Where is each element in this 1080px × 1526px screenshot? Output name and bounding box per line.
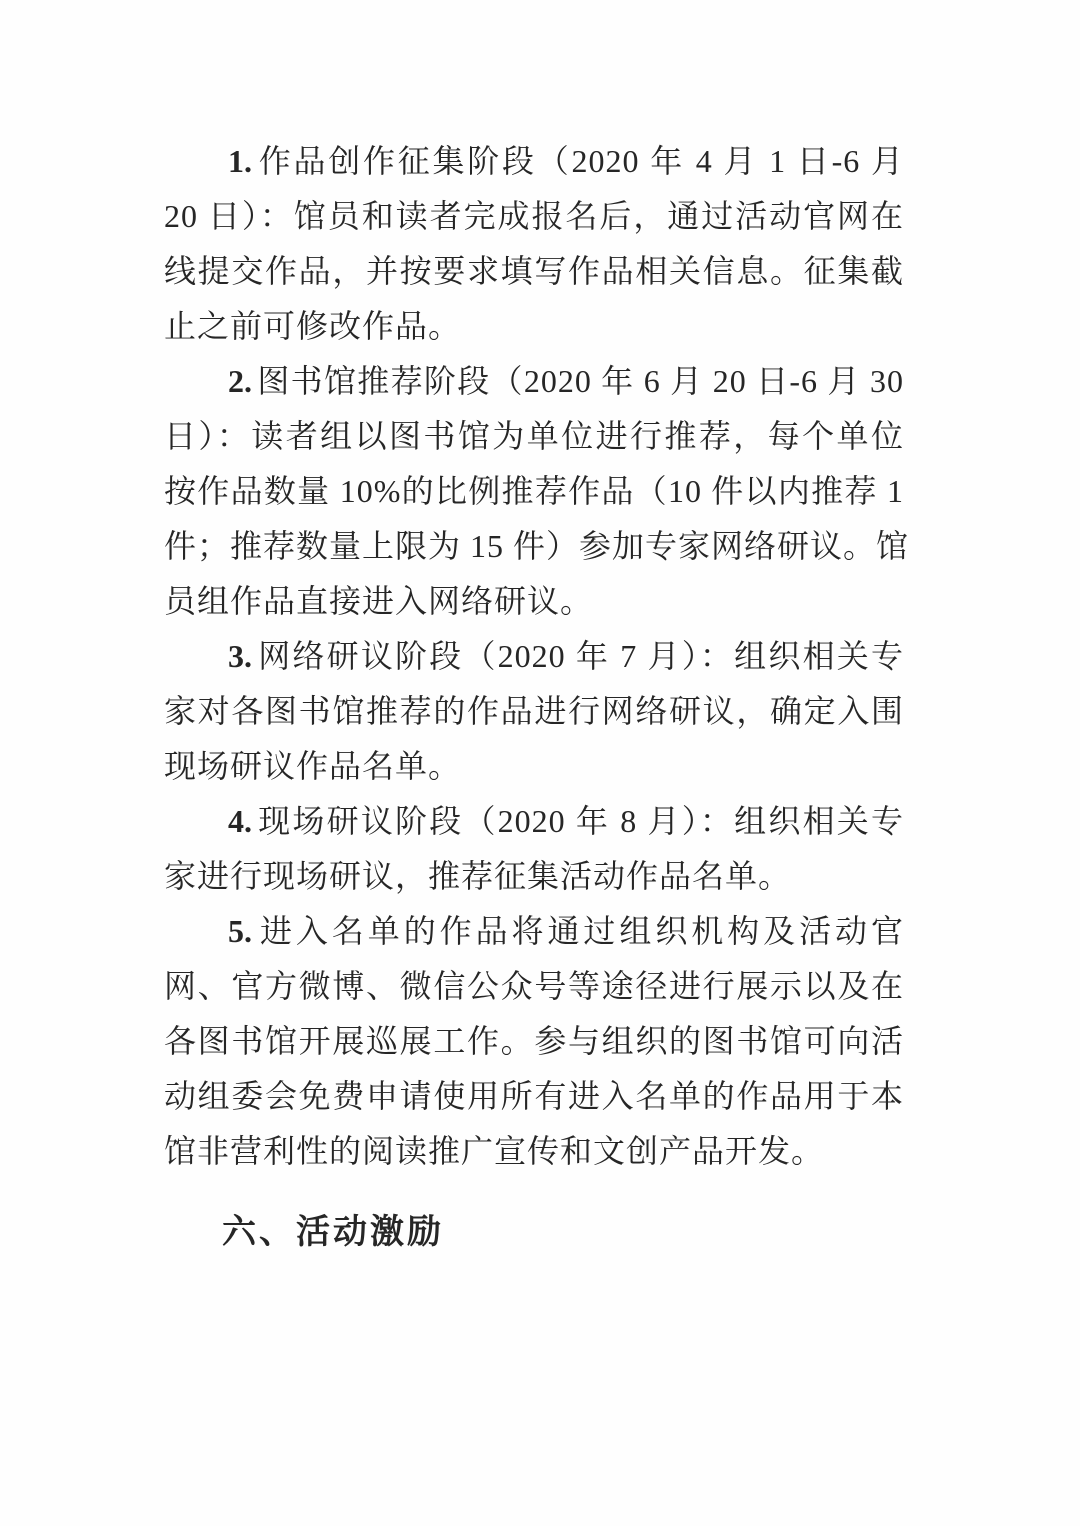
paragraph-number: 2. xyxy=(228,363,257,399)
text-line-content: 止之前可修改作品。 xyxy=(164,308,461,344)
text-line: 止之前可修改作品。 xyxy=(164,299,904,354)
paragraph-number: 5. xyxy=(228,913,257,949)
paragraph-1: 1.作品创作征集阶段（2020 年 4 月 1 日-6 月 20 日）：馆员和读… xyxy=(164,134,904,354)
text-line: 5.进入名单的作品将通过组织机构及活动官 xyxy=(164,904,904,959)
text-line-content: 家对各图书馆推荐的作品进行网络研议，确定入围 xyxy=(164,693,904,729)
text-line: 员组作品直接进入网络研议。 xyxy=(164,574,904,629)
paragraph-2: 2.图书馆推荐阶段（2020 年 6 月 20 日-6 月 30 日）：读者组以… xyxy=(164,354,904,629)
text-line: 件；推荐数量上限为 15 件）参加专家网络研议。馆 xyxy=(164,519,904,574)
text-line-content: 家进行现场研议，推荐征集活动作品名单。 xyxy=(164,858,791,894)
text-line-content: 按作品数量 10%的比例推荐作品（10 件以内推荐 1 xyxy=(164,473,904,509)
text-line-content: 员组作品直接进入网络研议。 xyxy=(164,583,593,619)
paragraph-number: 4. xyxy=(228,803,257,839)
text-line-content: 各图书馆开展巡展工作。参与组织的图书馆可向活 xyxy=(164,1023,904,1059)
text-line-content: 图书馆推荐阶段（2020 年 6 月 20 日-6 月 30 xyxy=(257,363,904,399)
text-line: 2.图书馆推荐阶段（2020 年 6 月 20 日-6 月 30 xyxy=(164,354,904,409)
document-page: 1.作品创作征集阶段（2020 年 4 月 1 日-6 月 20 日）：馆员和读… xyxy=(0,0,1080,1526)
text-line-content: 线提交作品，并按要求填写作品相关信息。征集截 xyxy=(164,253,904,289)
text-line: 3.网络研议阶段（2020 年 7 月）：组织相关专 xyxy=(164,629,904,684)
text-line-content: 现场研议作品名单。 xyxy=(164,748,461,784)
text-line: 按作品数量 10%的比例推荐作品（10 件以内推荐 1 xyxy=(164,464,904,519)
text-line: 各图书馆开展巡展工作。参与组织的图书馆可向活 xyxy=(164,1014,904,1069)
text-line-content: 馆非营利性的阅读推广宣传和文创产品开发。 xyxy=(164,1133,824,1169)
text-line: 4.现场研议阶段（2020 年 8 月）：组织相关专 xyxy=(164,794,904,849)
section-heading-text: 六、活动激励 xyxy=(222,1214,444,1251)
text-line-content: 动组委会免费申请使用所有进入名单的作品用于本 xyxy=(164,1078,904,1114)
document-body: 1.作品创作征集阶段（2020 年 4 月 1 日-6 月 20 日）：馆员和读… xyxy=(164,134,904,1260)
text-line: 日）：读者组以图书馆为单位进行推荐，每个单位 xyxy=(164,409,904,464)
paragraph-4: 4.现场研议阶段（2020 年 8 月）：组织相关专 家进行现场研议，推荐征集活… xyxy=(164,794,904,904)
text-line-content: 日）：读者组以图书馆为单位进行推荐，每个单位 xyxy=(164,418,904,454)
text-line: 动组委会免费申请使用所有进入名单的作品用于本 xyxy=(164,1069,904,1124)
text-line-content: 网、官方微博、微信公众号等途径进行展示以及在 xyxy=(164,968,904,1004)
text-line: 1.作品创作征集阶段（2020 年 4 月 1 日-6 月 xyxy=(164,134,904,189)
text-line: 家进行现场研议，推荐征集活动作品名单。 xyxy=(164,849,904,904)
text-line: 20 日）：馆员和读者完成报名后，通过活动官网在 xyxy=(164,189,904,244)
paragraph-5: 5.进入名单的作品将通过组织机构及活动官 网、官方微博、微信公众号等途径进行展示… xyxy=(164,904,904,1179)
paragraph-number: 3. xyxy=(228,638,257,674)
section-heading: 六、活动激励 xyxy=(164,1205,904,1260)
text-line: 线提交作品，并按要求填写作品相关信息。征集截 xyxy=(164,244,904,299)
paragraph-3: 3.网络研议阶段（2020 年 7 月）：组织相关专 家对各图书馆推荐的作品进行… xyxy=(164,629,904,794)
text-line: 馆非营利性的阅读推广宣传和文创产品开发。 xyxy=(164,1124,904,1179)
text-line-content: 进入名单的作品将通过组织机构及活动官 xyxy=(257,913,904,949)
text-line-content: 作品创作征集阶段（2020 年 4 月 1 日-6 月 xyxy=(257,143,904,179)
text-line-content: 现场研议阶段（2020 年 8 月）：组织相关专 xyxy=(257,803,904,839)
text-line-content: 件；推荐数量上限为 15 件）参加专家网络研议。馆 xyxy=(164,528,909,564)
text-line: 网、官方微博、微信公众号等途径进行展示以及在 xyxy=(164,959,904,1014)
text-line: 家对各图书馆推荐的作品进行网络研议，确定入围 xyxy=(164,684,904,739)
paragraph-number: 1. xyxy=(228,143,257,179)
text-line-content: 网络研议阶段（2020 年 7 月）：组织相关专 xyxy=(257,638,904,674)
text-line-content: 20 日）：馆员和读者完成报名后，通过活动官网在 xyxy=(164,198,904,234)
text-line: 现场研议作品名单。 xyxy=(164,739,904,794)
